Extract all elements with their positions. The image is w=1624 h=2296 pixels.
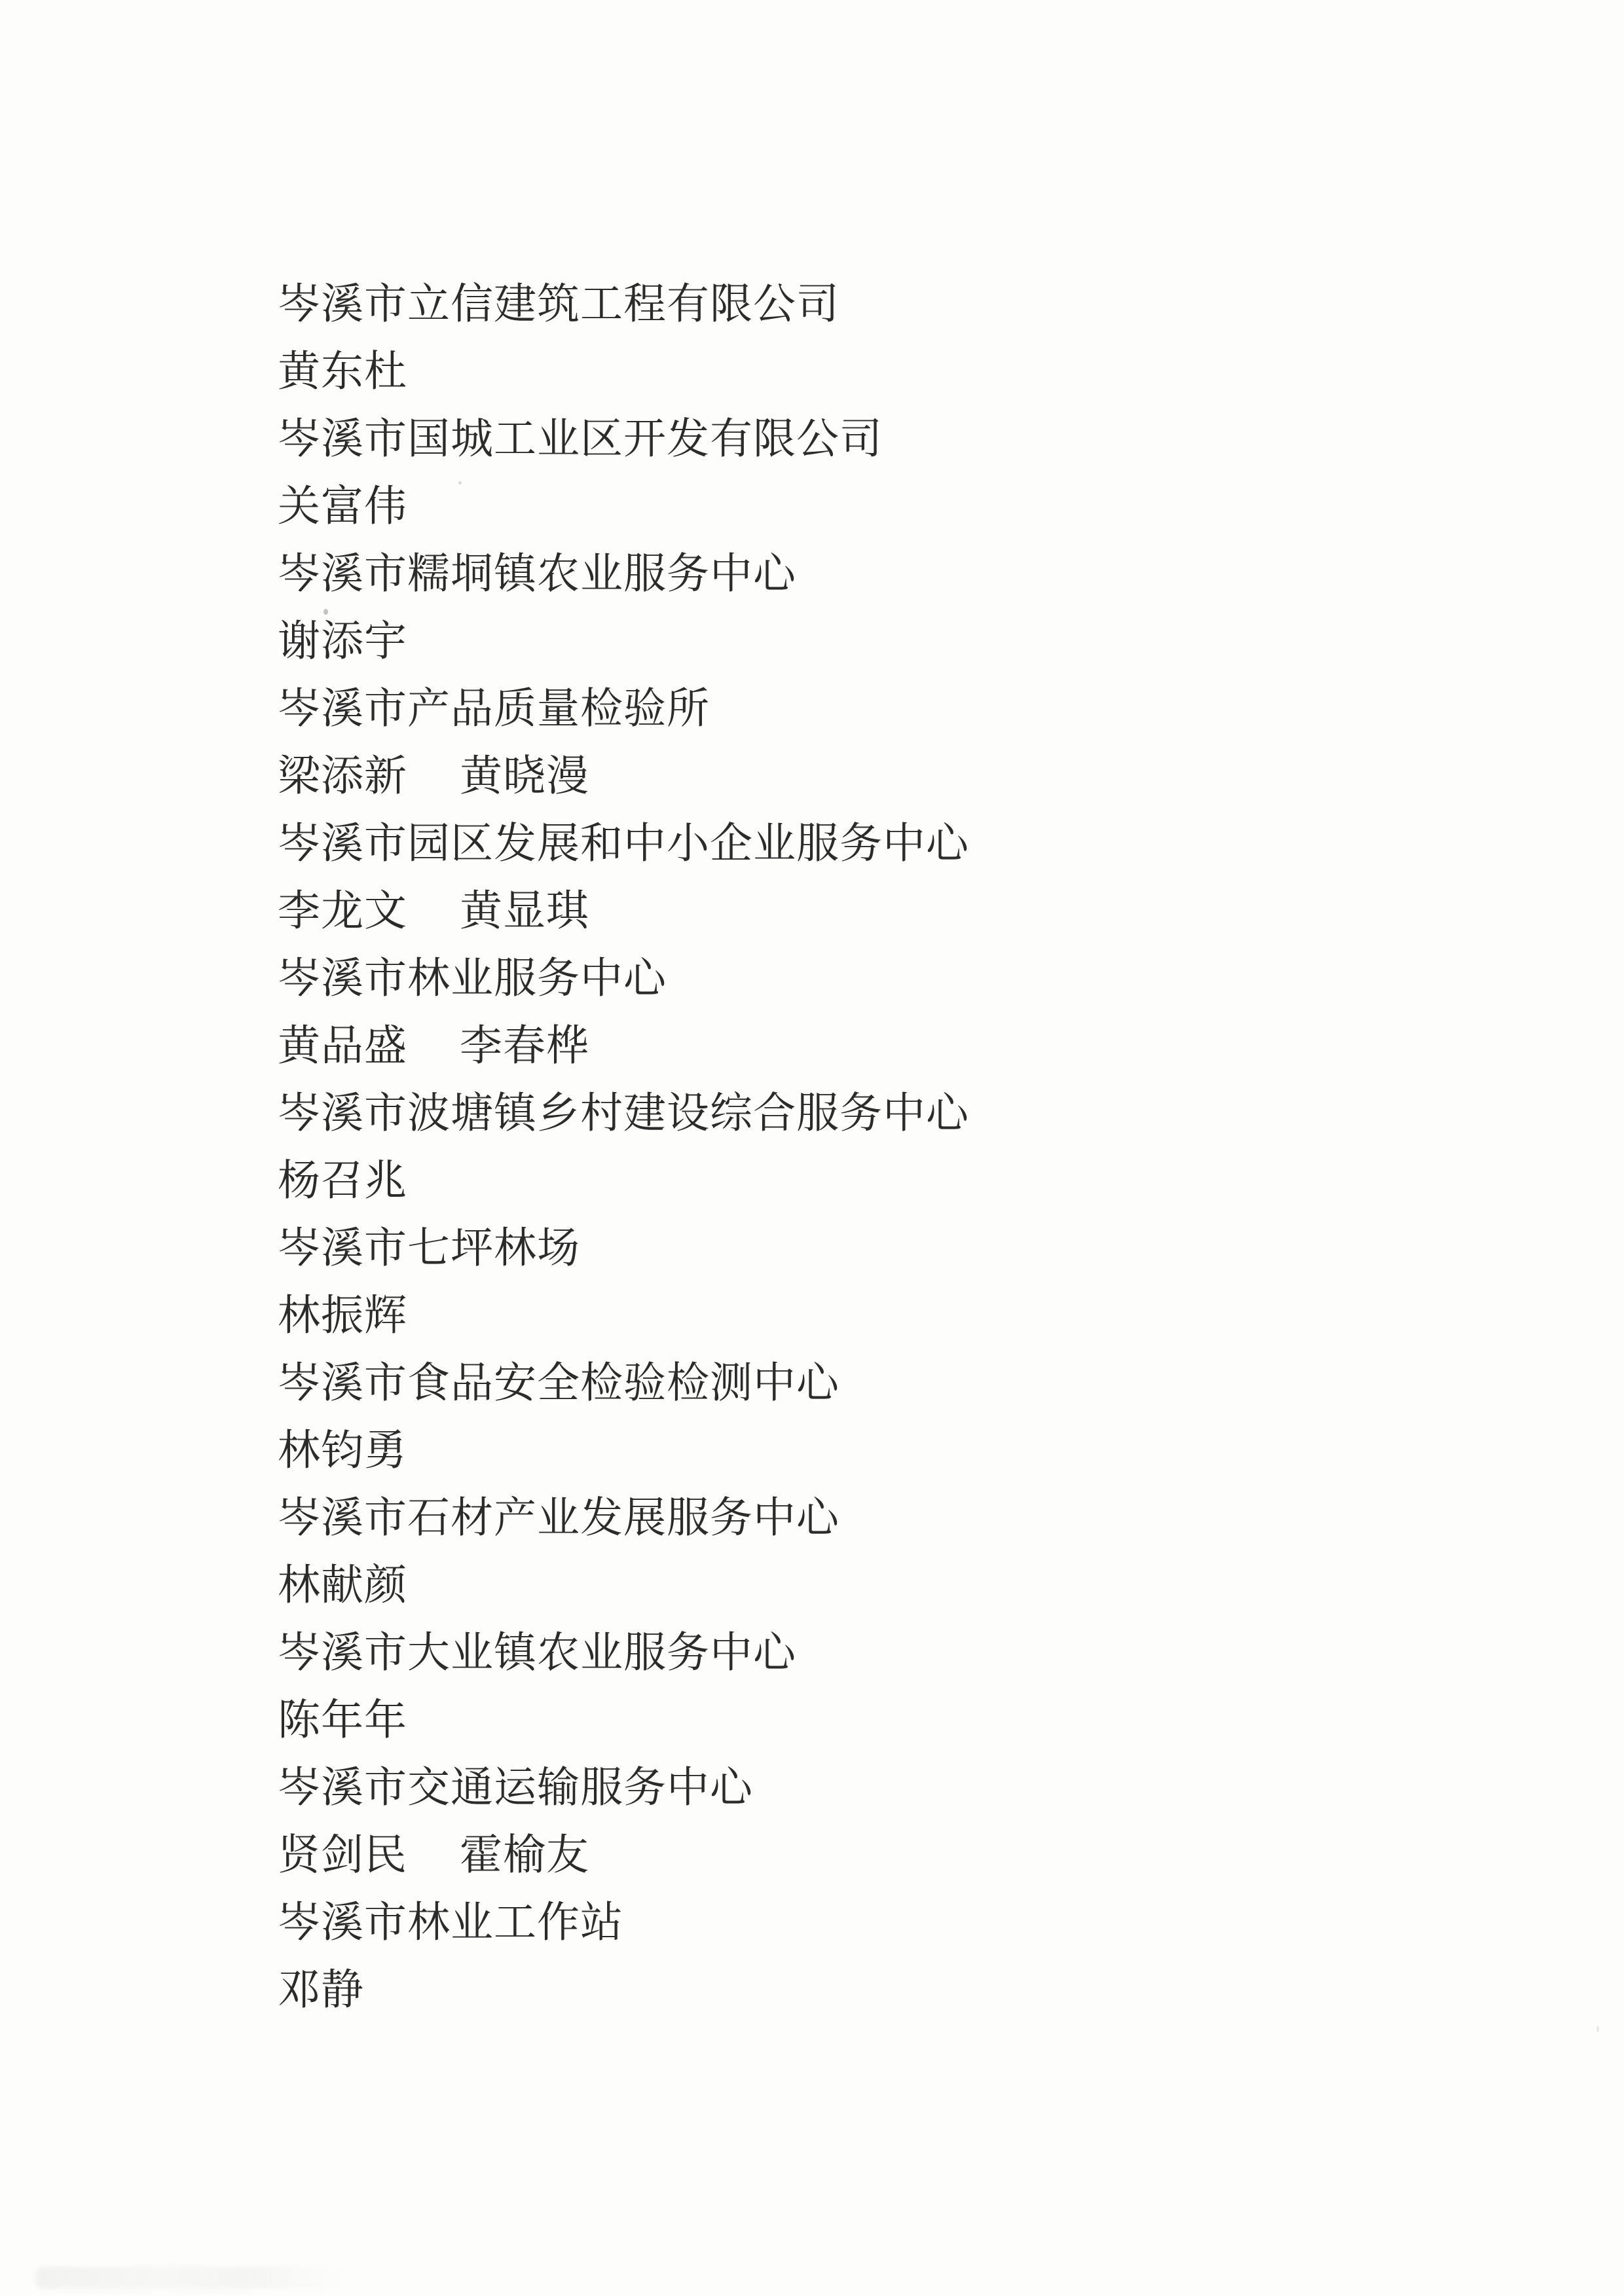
name-separator	[407, 924, 460, 925]
person-name: 霍榆友	[460, 1832, 589, 1879]
org-name-line: 岑溪市七坪林场	[278, 1215, 1545, 1283]
org-name-line: 岑溪市石材产业发展服务中心	[278, 1485, 1545, 1552]
person-name: 林振辉	[278, 1292, 407, 1339]
person-name-line: 杨召兆	[278, 1148, 1545, 1215]
org-name-line: 岑溪市交通运输服务中心	[278, 1755, 1545, 1822]
org-name-line: 岑溪市产品质量检验所	[278, 676, 1545, 743]
org-name-line: 岑溪市国城工业区开发有限公司	[278, 406, 1545, 473]
person-name-line: 林振辉	[278, 1283, 1545, 1350]
person-name-line: 李龙文黄显琪	[278, 878, 1545, 945]
person-name-line: 关富伟	[278, 473, 1545, 541]
person-name-line: 林献颜	[278, 1552, 1545, 1620]
person-name-line: 黄东杜	[278, 338, 1545, 406]
scanned-document-page: 岑溪市立信建筑工程有限公司 黄东杜 岑溪市国城工业区开发有限公司 关富伟 岑溪市…	[0, 0, 1624, 2296]
name-list: 岑溪市立信建筑工程有限公司 黄东杜 岑溪市国城工业区开发有限公司 关富伟 岑溪市…	[278, 271, 1545, 2024]
person-name-line: 邓静	[278, 1957, 1545, 2024]
scan-speck	[1596, 2026, 1599, 2032]
org-name-line: 岑溪市大业镇农业服务中心	[278, 1620, 1545, 1687]
person-name: 李春桦	[460, 1023, 589, 1070]
org-name-line: 岑溪市立信建筑工程有限公司	[278, 271, 1545, 338]
person-name: 黄品盛	[278, 1023, 407, 1070]
name-separator	[407, 1059, 460, 1060]
scan-smudge	[36, 2267, 344, 2289]
person-name: 陈年年	[278, 1697, 407, 1744]
person-name-line: 陈年年	[278, 1687, 1545, 1755]
person-name: 贤剑民	[278, 1832, 407, 1879]
org-name-line: 岑溪市林业服务中心	[278, 945, 1545, 1013]
name-separator	[407, 1868, 460, 1869]
person-name-line: 谢添宇	[278, 608, 1545, 676]
person-name: 林钧勇	[278, 1427, 407, 1474]
person-name: 谢添宇	[278, 618, 407, 665]
person-name-line: 林钧勇	[278, 1417, 1545, 1485]
person-name: 邓静	[278, 1967, 364, 2014]
org-name-line: 岑溪市林业工作站	[278, 1889, 1545, 1957]
name-separator	[407, 790, 460, 790]
person-name: 杨召兆	[278, 1157, 407, 1205]
org-name-line: 岑溪市波塘镇乡村建设综合服务中心	[278, 1080, 1545, 1148]
person-name: 黄晓漫	[460, 753, 589, 800]
org-name-line: 岑溪市糯垌镇农业服务中心	[278, 541, 1545, 608]
person-name: 黄显琪	[460, 888, 589, 935]
org-name-line: 岑溪市园区发展和中小企业服务中心	[278, 811, 1545, 878]
person-name-line: 黄品盛李春桦	[278, 1013, 1545, 1080]
person-name: 李龙文	[278, 888, 407, 935]
person-name: 关富伟	[278, 483, 407, 530]
person-name: 林献颜	[278, 1562, 407, 1609]
person-name-line: 梁添新黄晓漫	[278, 743, 1545, 811]
person-name-line: 贤剑民霍榆友	[278, 1822, 1545, 1889]
person-name: 黄东杜	[278, 348, 407, 395]
person-name: 梁添新	[278, 753, 407, 800]
org-name-line: 岑溪市食品安全检验检测中心	[278, 1350, 1545, 1417]
